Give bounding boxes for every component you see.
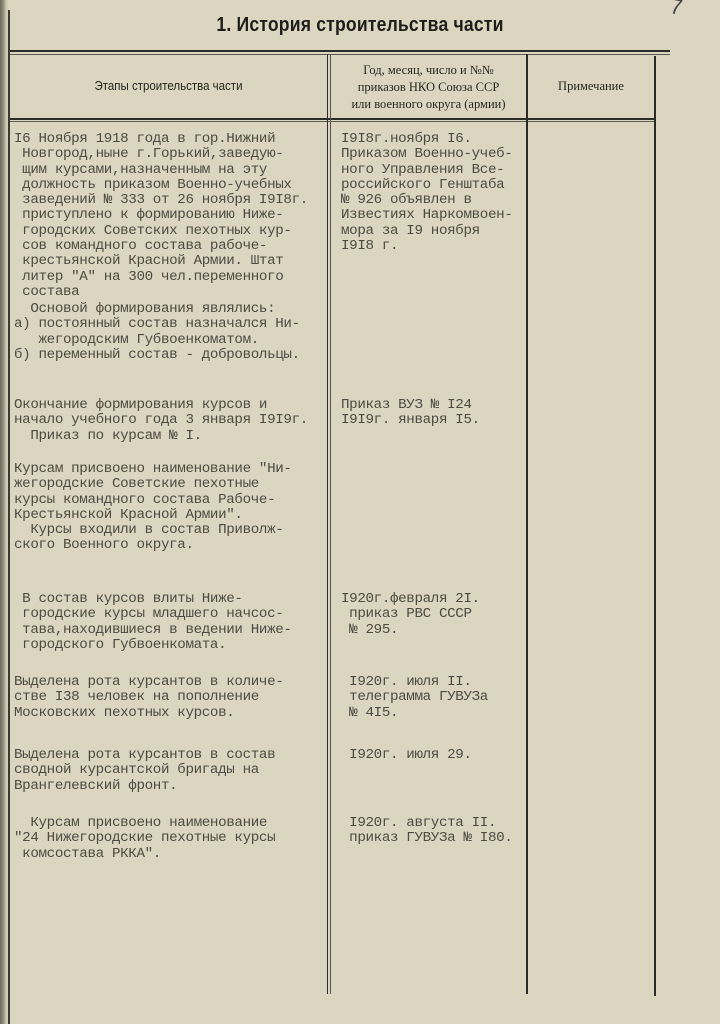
table-row-order: I920г. июля 29. [341, 748, 472, 763]
stage-text-line: Крестьянской Красной Армии". [14, 508, 292, 523]
page-number-mark: 7 [668, 0, 685, 21]
order-text-line: I920г. августа II. [341, 816, 512, 831]
stage-text-line: жегородским Губвоенкоматом. [14, 333, 300, 348]
order-text-line: I920г.февраля 2I. [341, 592, 480, 607]
table-row-stage: Курсам присвоено наименование "Ни-жегоро… [14, 462, 292, 554]
stage-text-line: В состав курсов влиты Ниже- [14, 592, 292, 607]
table-left-border [8, 10, 10, 1024]
page-title: 1. История строительства части [43, 14, 677, 37]
table-row-order: I920г. августа II. приказ ГУВУЗа № I80. [341, 816, 512, 847]
stage-text-line: жегородские Советские пехотные [14, 477, 292, 492]
table-row-stage: Выделена рота курсантов в составсводной … [14, 748, 275, 794]
table-row-order: I920г. июля II. телеграмма ГУВУЗа № 4I5. [341, 675, 488, 721]
header-orders-line: приказов НКО Союза ССР [331, 79, 526, 96]
order-text-line: I920г. июля II. [341, 675, 488, 690]
header-bottom-rule [10, 118, 655, 120]
order-text-line: № 926 объявлен в [341, 193, 512, 208]
stage-text-line: городские курсы младшего начсос- [14, 607, 292, 622]
order-text-line: Известиях Наркомвоен- [341, 208, 512, 223]
table-top-rule-thin [10, 54, 670, 55]
table-row-order: I920г.февраля 2I. приказ РВС СССР № 295. [341, 592, 480, 638]
stage-text-line: б) переменный состав - добровольцы. [14, 348, 300, 363]
order-text-line: приказ ГУВУЗа № I80. [341, 831, 512, 846]
stage-text-line: литер "А" на 300 чел.переменного [14, 270, 308, 285]
order-text-line: Приказом Военно-учеб- [341, 147, 512, 162]
table-top-rule [10, 50, 670, 52]
order-text-line: I920г. июля 29. [341, 748, 472, 763]
stage-text-line: курсы командного состава Рабоче- [14, 493, 292, 508]
order-text-line: российского Генштаба [341, 178, 512, 193]
table-row-stage: Окончание формирования курсов иначало уч… [14, 398, 308, 444]
table-row-order: I9I8г.ноября I6.Приказом Военно-учеб-ног… [341, 132, 512, 254]
stage-text-line: Окончание формирования курсов и [14, 398, 308, 413]
header-orders: Год, месяц, число и №№ приказов НКО Союз… [331, 62, 526, 113]
order-text-line: Приказ ВУЗ № I24 [341, 398, 480, 413]
stage-text-line: состава [14, 285, 308, 300]
table-row-stage: Выделена рота курсантов в количе-стве I3… [14, 675, 283, 721]
stage-text-line: I6 Ноября 1918 года в гор.Нижний [14, 132, 308, 147]
table-row-stage: I6 Ноября 1918 года в гор.Нижний Новгоро… [14, 132, 308, 300]
stage-text-line: Врангелевский фронт. [14, 779, 275, 794]
table-right-border [654, 56, 656, 996]
page-binding-edge [0, 0, 8, 1024]
stage-text-line: Курсы входили в состав Приволж- [14, 523, 292, 538]
header-orders-line: Год, месяц, число и №№ [331, 62, 526, 79]
order-text-line: I9I9г. января I5. [341, 413, 480, 428]
column-divider-2 [526, 54, 528, 994]
table-row-stage: Основой формирования являлись:а) постоян… [14, 302, 300, 363]
stage-text-line: ского Военного округа. [14, 538, 292, 553]
stage-text-line: Выделена рота курсантов в состав [14, 748, 275, 763]
column-divider-1 [327, 54, 328, 994]
order-text-line: № 4I5. [341, 706, 488, 721]
stage-text-line: заведений № 333 от 26 ноября I9I8г. [14, 193, 308, 208]
stage-text-line: Курсам присвоено наименование "Ни- [14, 462, 292, 477]
stage-text-line: комсостава РККА". [14, 847, 275, 862]
stage-text-line: "24 Нижегородские пехотные курсы [14, 831, 275, 846]
stage-text-line: сводной курсантской бригады на [14, 763, 275, 778]
stage-text-line: должность приказом Военно-учебных [14, 178, 308, 193]
header-orders-line: или военного округа (армии) [331, 96, 526, 113]
order-text-line: I9I8г.ноября I6. [341, 132, 512, 147]
stage-text-line: приступлено к формированию Ниже- [14, 208, 308, 223]
stage-text-line: городского Губвоенкомата. [14, 638, 292, 653]
table-row-order: Приказ ВУЗ № I24I9I9г. января I5. [341, 398, 480, 429]
stage-text-line: Основой формирования являлись: [14, 302, 300, 317]
order-text-line: ного Управления Все- [341, 163, 512, 178]
stage-text-line: щим курсами,назначенным на эту [14, 163, 308, 178]
stage-text-line: Новгород,ныне г.Горький,заведую- [14, 147, 308, 162]
column-divider-1b [330, 54, 331, 994]
stage-text-line: крестьянской Красной Армии. Штат [14, 254, 308, 269]
stage-text-line: Выделена рота курсантов в количе- [14, 675, 283, 690]
order-text-line: № 295. [341, 623, 480, 638]
table-row-stage: В состав курсов влиты Ниже- городские ку… [14, 592, 292, 653]
stage-text-line: городских Советских пехотных кур- [14, 224, 308, 239]
header-stages: Этапы строительства части [23, 78, 315, 95]
order-text-line: I9I8 г. [341, 239, 512, 254]
order-text-line: приказ РВС СССР [341, 607, 480, 622]
stage-text-line: Приказ по курсам № I. [14, 429, 308, 444]
header-bottom-rule-thin [10, 121, 655, 122]
stage-text-line: тава,находившиеся в ведении Ниже- [14, 623, 292, 638]
stage-text-line: а) постоянный состав назначался Ни- [14, 317, 300, 332]
stage-text-line: стве I38 человек на пополнение [14, 690, 283, 705]
table-row-stage: Курсам присвоено наименование"24 Нижегор… [14, 816, 275, 862]
stage-text-line: Московских пехотных курсов. [14, 706, 283, 721]
stage-text-line: начало учебного года 3 января I9I9г. [14, 413, 308, 428]
order-text-line: мора за I9 ноября [341, 224, 512, 239]
header-notes: Примечание [528, 78, 654, 95]
stage-text-line: Курсам присвоено наименование [14, 816, 275, 831]
order-text-line: телеграмма ГУВУЗа [341, 690, 488, 705]
